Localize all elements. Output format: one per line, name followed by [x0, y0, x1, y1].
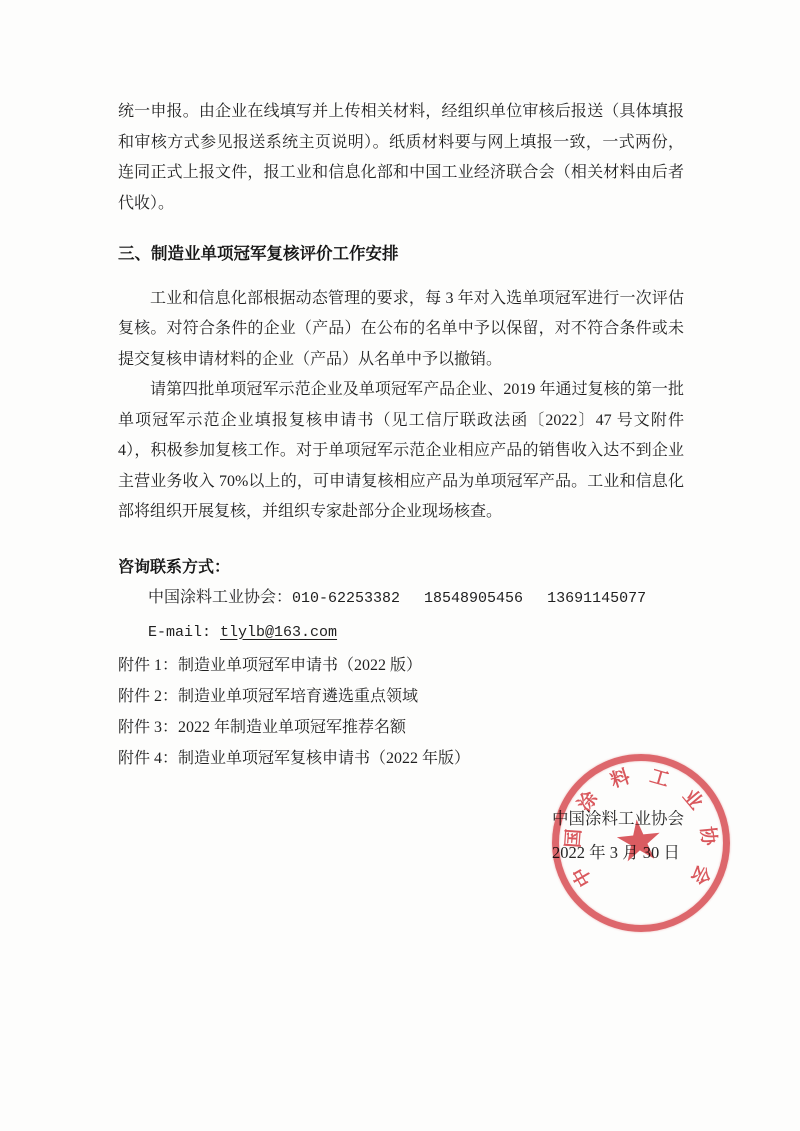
- signature-org: 中国涂料工业协会: [552, 802, 752, 836]
- paragraph-review-process: 请第四批单项冠军示范企业及单项冠军产品企业、2019 年通过复核的第一批单项冠军…: [118, 375, 684, 528]
- signature-block: 中国涂料工业协会 2022 年 3 月 30 日: [552, 802, 752, 869]
- email-address[interactable]: tlylb@163.com: [220, 624, 337, 641]
- phone-number-1: 010-62253382: [292, 590, 400, 607]
- attachment-item-1: 附件 1：制造业单项冠军申请书（2022 版）: [118, 650, 684, 681]
- contact-heading: 咨询联系方式：: [118, 553, 684, 584]
- phone-number-2: 18548905456: [424, 590, 523, 607]
- section-heading: 三、制造业单项冠军复核评价工作安排: [118, 239, 684, 270]
- attachment-item-2: 附件 2：制造业单项冠军培育遴选重点领域: [118, 681, 684, 712]
- phone-number-3: 13691145077: [547, 590, 646, 607]
- contact-org-label: 中国涂料工业协会：: [148, 589, 292, 606]
- attachment-item-3: 附件 3：2022 年制造业单项冠军推荐名额: [118, 712, 684, 743]
- contact-email-line: E-mail: tlylb@163.com: [118, 617, 684, 649]
- document-body: 统一申报。由企业在线填写并上传相关材料，经组织单位审核后报送（具体填报和审核方式…: [118, 97, 684, 774]
- email-label: E-mail:: [148, 624, 220, 641]
- contact-phone-line: 中国涂料工业协会：010-622533821854890545613691145…: [118, 583, 684, 615]
- document-page: 统一申报。由企业在线填写并上传相关材料，经组织单位审核后报送（具体填报和审核方式…: [0, 0, 800, 1131]
- paragraph-continuation: 统一申报。由企业在线填写并上传相关材料，经组织单位审核后报送（具体填报和审核方式…: [118, 97, 684, 219]
- paragraph-review-policy: 工业和信息化部根据动态管理的要求，每 3 年对入选单项冠军进行一次评估复核。对符…: [118, 284, 684, 376]
- signature-date: 2022 年 3 月 30 日: [552, 836, 752, 870]
